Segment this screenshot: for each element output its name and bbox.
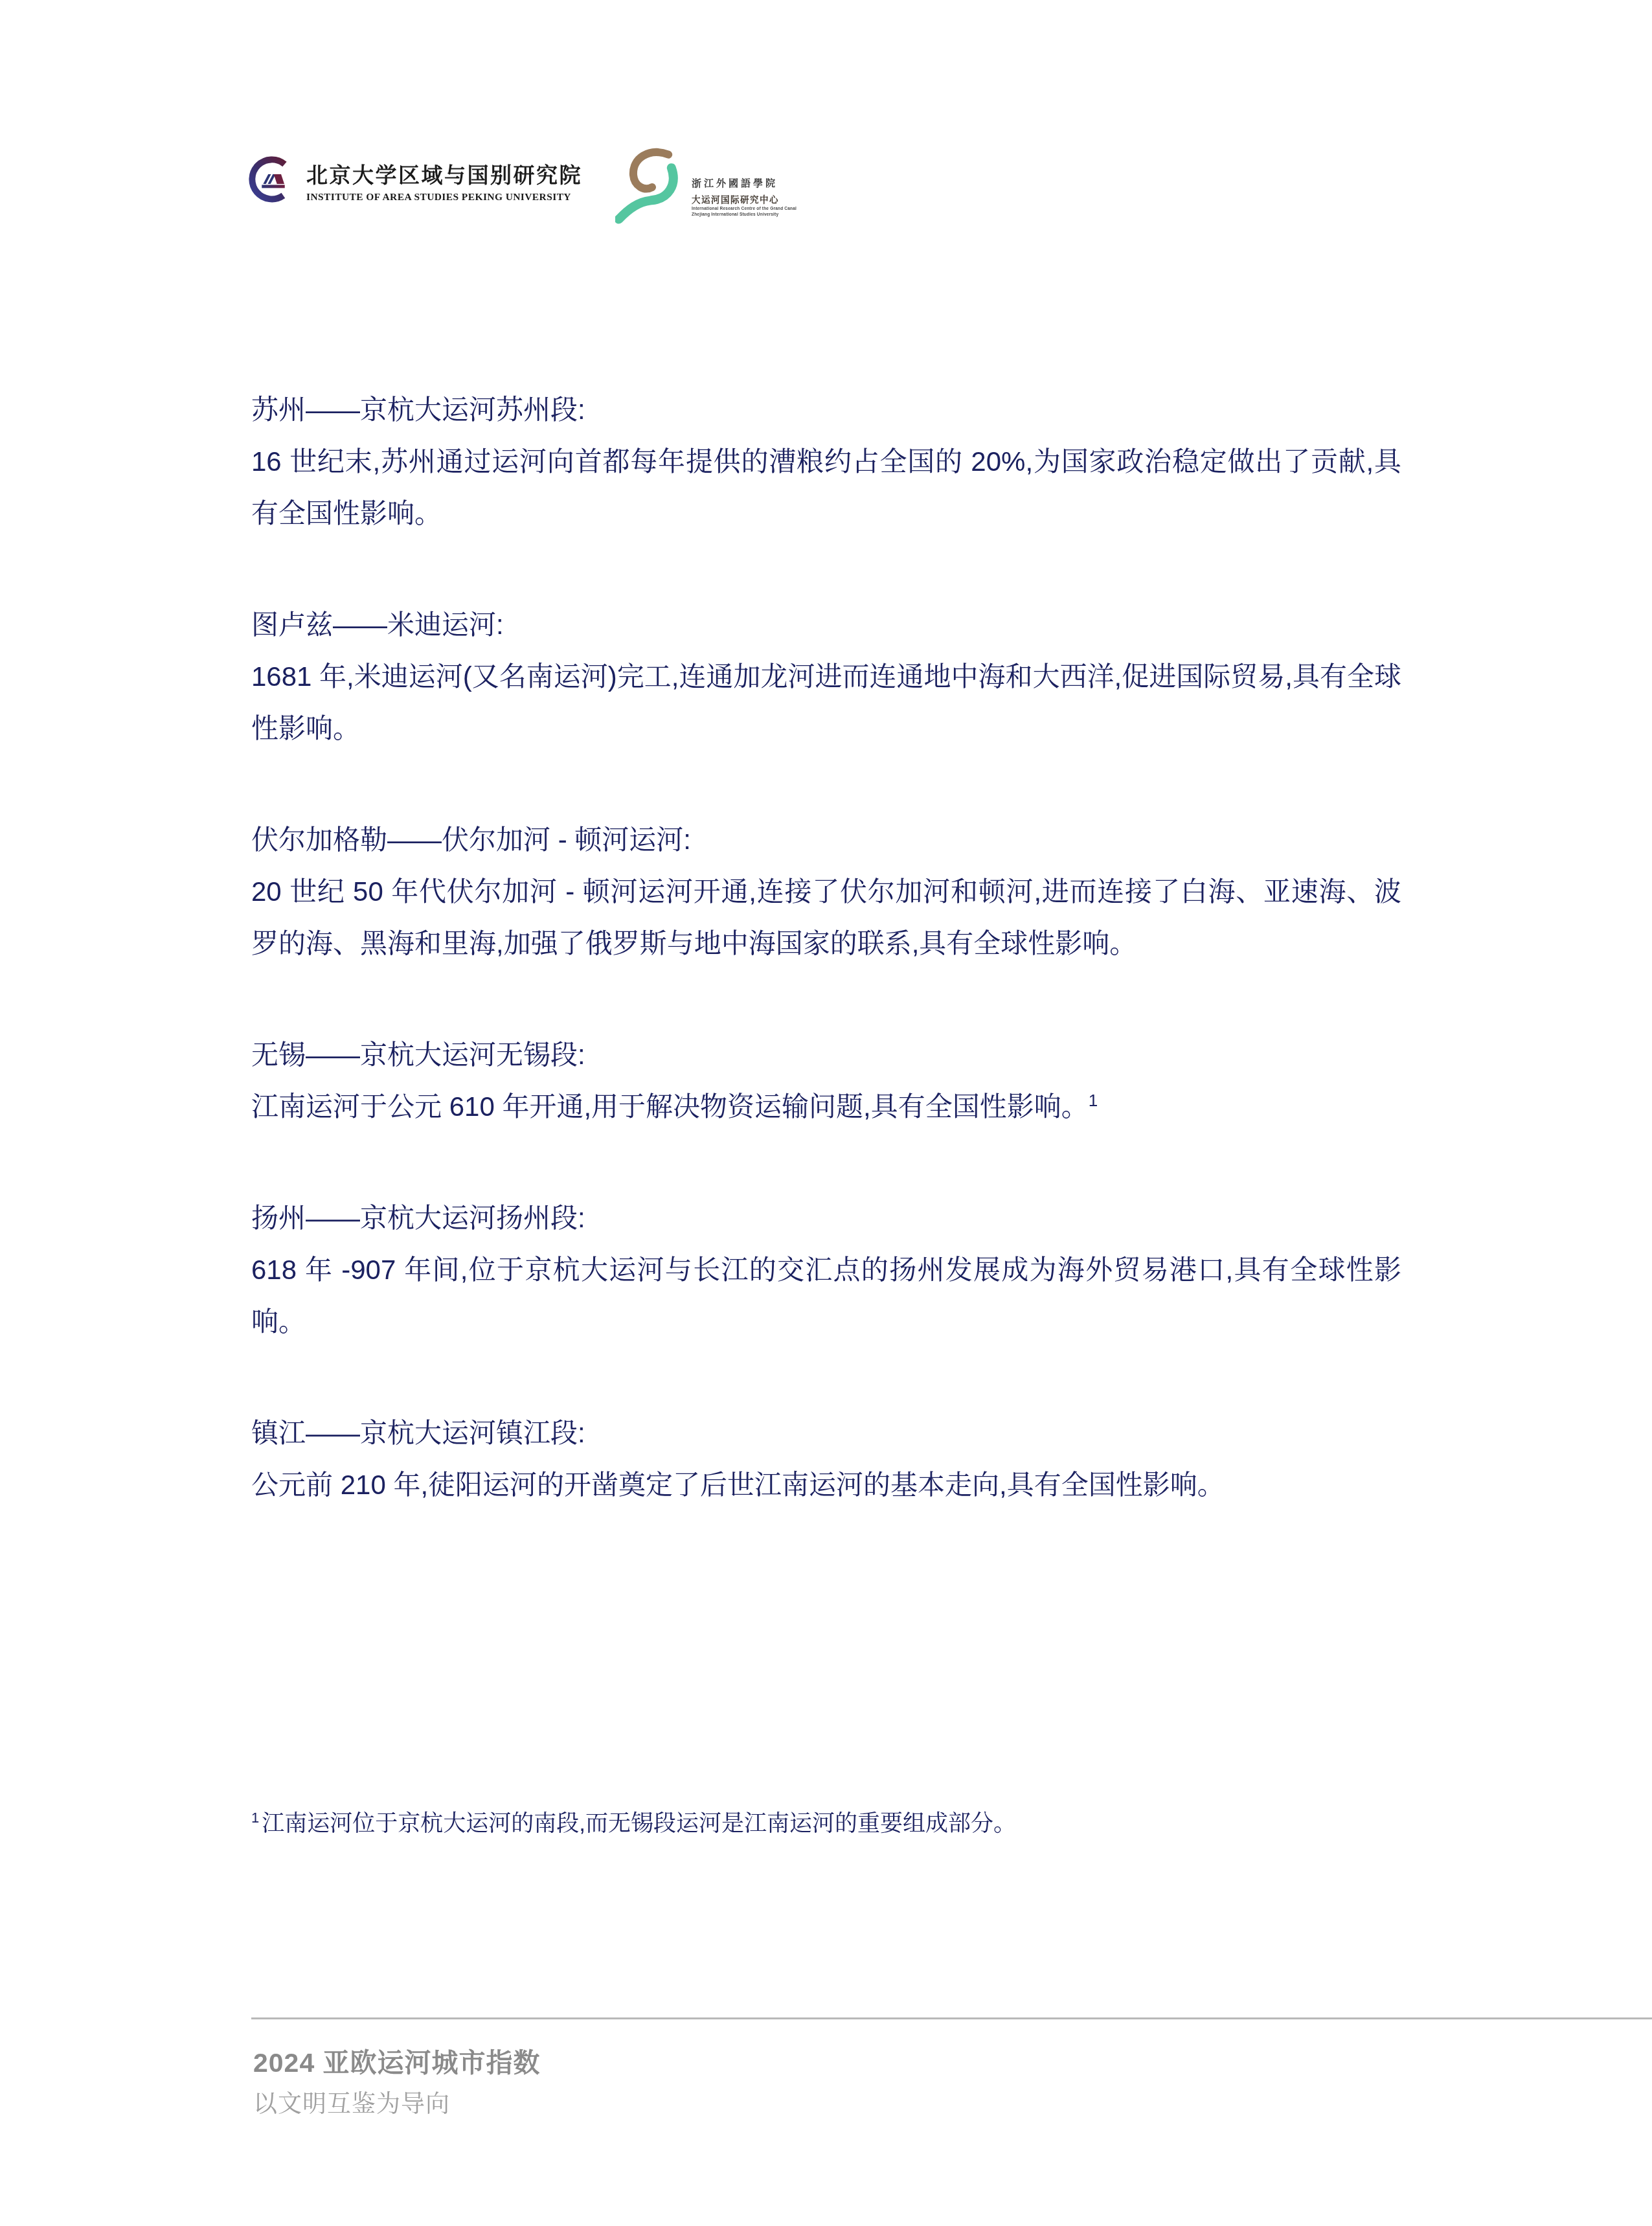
entry-body: 16 世纪末,苏州通过运河向首都每年提供的漕粮约占全国的 20%,为国家政治稳定… [251, 436, 1401, 539]
grand-canal-logo: 浙江外國語學院 大运河国际研究中心 International Research… [615, 148, 797, 228]
grand-canal-logo-text: 浙江外國語學院 大运河国际研究中心 International Research… [692, 176, 797, 217]
canal-entry-volgograd: 伏尔加格勒——伏尔加河 - 顿河运河: 20 世纪 50 年代伏尔加河 - 顿河… [251, 814, 1401, 970]
canal-entry-wuxi: 无锡——京杭大运河无锡段: 江南运河于公元 610 年开通,用于解决物资运输问题… [251, 1029, 1401, 1133]
entry-body: 江南运河于公元 610 年开通,用于解决物资运输问题,具有全国性影响。1 [251, 1081, 1401, 1133]
grand-canal-logo-centre-name: 大运河国际研究中心 [692, 192, 797, 205]
grand-canal-logo-en-line2: Zhejiang International Studies Universit… [692, 212, 797, 217]
entry-heading: 镇江——京杭大运河镇江段: [251, 1407, 1401, 1459]
footer-report-subtitle: 以文明互鉴为导向 [253, 2084, 450, 2119]
entry-body-text: 江南运河于公元 610 年开通,用于解决物资运输问题,具有全国性影响。 [251, 1091, 1089, 1122]
grand-canal-logo-en-line1: International Research Centre of the Gra… [692, 207, 797, 211]
entry-body-text: 公元前 210 年,徒阳运河的开凿奠定了后世江南运河的基本走向,具有全国性影响。 [251, 1470, 1225, 1500]
canal-entry-toulouse: 图卢兹——米迪运河: 1681 年,米迪运河(又名南运河)完工,连通加龙河进而连… [251, 599, 1401, 755]
entry-heading: 伏尔加格勒——伏尔加河 - 顿河运河: [251, 814, 1401, 866]
entry-body: 20 世纪 50 年代伏尔加河 - 顿河运河开通,连接了伏尔加河和顿河,进而连接… [251, 866, 1401, 970]
canal-entry-suzhou: 苏州——京杭大运河苏州段: 16 世纪末,苏州通过运河向首都每年提供的漕粮约占全… [251, 384, 1401, 539]
grand-canal-logo-icon [615, 148, 688, 228]
iaspku-logo: 北京大学区域与国别研究院 INSTITUTE OF AREA STUDIES P… [248, 154, 582, 207]
iaspku-logo-icon [248, 154, 299, 207]
footer-divider [251, 2017, 1652, 2019]
entry-body-text: 16 世纪末,苏州通过运河向首都每年提供的漕粮约占全国的 20%,为国家政治稳定… [251, 446, 1401, 528]
main-content: 苏州——京杭大运河苏州段: 16 世纪末,苏州通过运河向首都每年提供的漕粮约占全… [251, 384, 1401, 1571]
footnote-ref: 1 [1089, 1091, 1098, 1110]
entry-body-text: 20 世纪 50 年代伏尔加河 - 顿河运河开通,连接了伏尔加河和顿河,进而连接… [251, 876, 1401, 959]
footnote: 1江南运河位于京杭大运河的南段,而无锡段运河是江南运河的重要组成部分。 [251, 1808, 1401, 1839]
entry-heading: 无锡——京杭大运河无锡段: [251, 1029, 1401, 1081]
document-page: 北京大学区域与国别研究院 INSTITUTE OF AREA STUDIES P… [0, 0, 1652, 2226]
canal-entry-zhenjiang: 镇江——京杭大运河镇江段: 公元前 210 年,徒阳运河的开凿奠定了后世江南运河… [251, 1407, 1401, 1511]
iaspku-logo-en-name: INSTITUTE OF AREA STUDIES PEKING UNIVERS… [306, 192, 582, 203]
grand-canal-logo-college-name: 浙江外國語學院 [692, 176, 797, 190]
entry-body: 公元前 210 年,徒阳运河的开凿奠定了后世江南运河的基本走向,具有全国性影响。 [251, 1459, 1401, 1511]
canal-entry-yangzhou: 扬州——京杭大运河扬州段: 618 年 -907 年间,位于京杭大运河与长江的交… [251, 1192, 1401, 1348]
entry-heading: 扬州——京杭大运河扬州段: [251, 1192, 1401, 1244]
entry-body: 618 年 -907 年间,位于京杭大运河与长江的交汇点的扬州发展成为海外贸易港… [251, 1244, 1401, 1348]
iaspku-logo-text: 北京大学区域与国别研究院 INSTITUTE OF AREA STUDIES P… [306, 159, 582, 203]
entry-body-text: 618 年 -907 年间,位于京杭大运河与长江的交汇点的扬州发展成为海外贸易港… [251, 1255, 1401, 1337]
footnote-text: 江南运河位于京杭大运河的南段,而无锡段运河是江南运河的重要组成部分。 [262, 1811, 1016, 1836]
entry-heading: 图卢兹——米迪运河: [251, 599, 1401, 651]
entry-body-text: 1681 年,米迪运河(又名南运河)完工,连通加龙河进而连通地中海和大西洋,促进… [251, 661, 1401, 744]
entry-body: 1681 年,米迪运河(又名南运河)完工,连通加龙河进而连通地中海和大西洋,促进… [251, 651, 1401, 755]
iaspku-logo-cn-name: 北京大学区域与国别研究院 [306, 159, 582, 189]
footer-report-title: 2024 亚欧运河城市指数 [253, 2041, 541, 2080]
footnote-marker: 1 [251, 1810, 259, 1826]
entry-heading: 苏州——京杭大运河苏州段: [251, 384, 1401, 436]
